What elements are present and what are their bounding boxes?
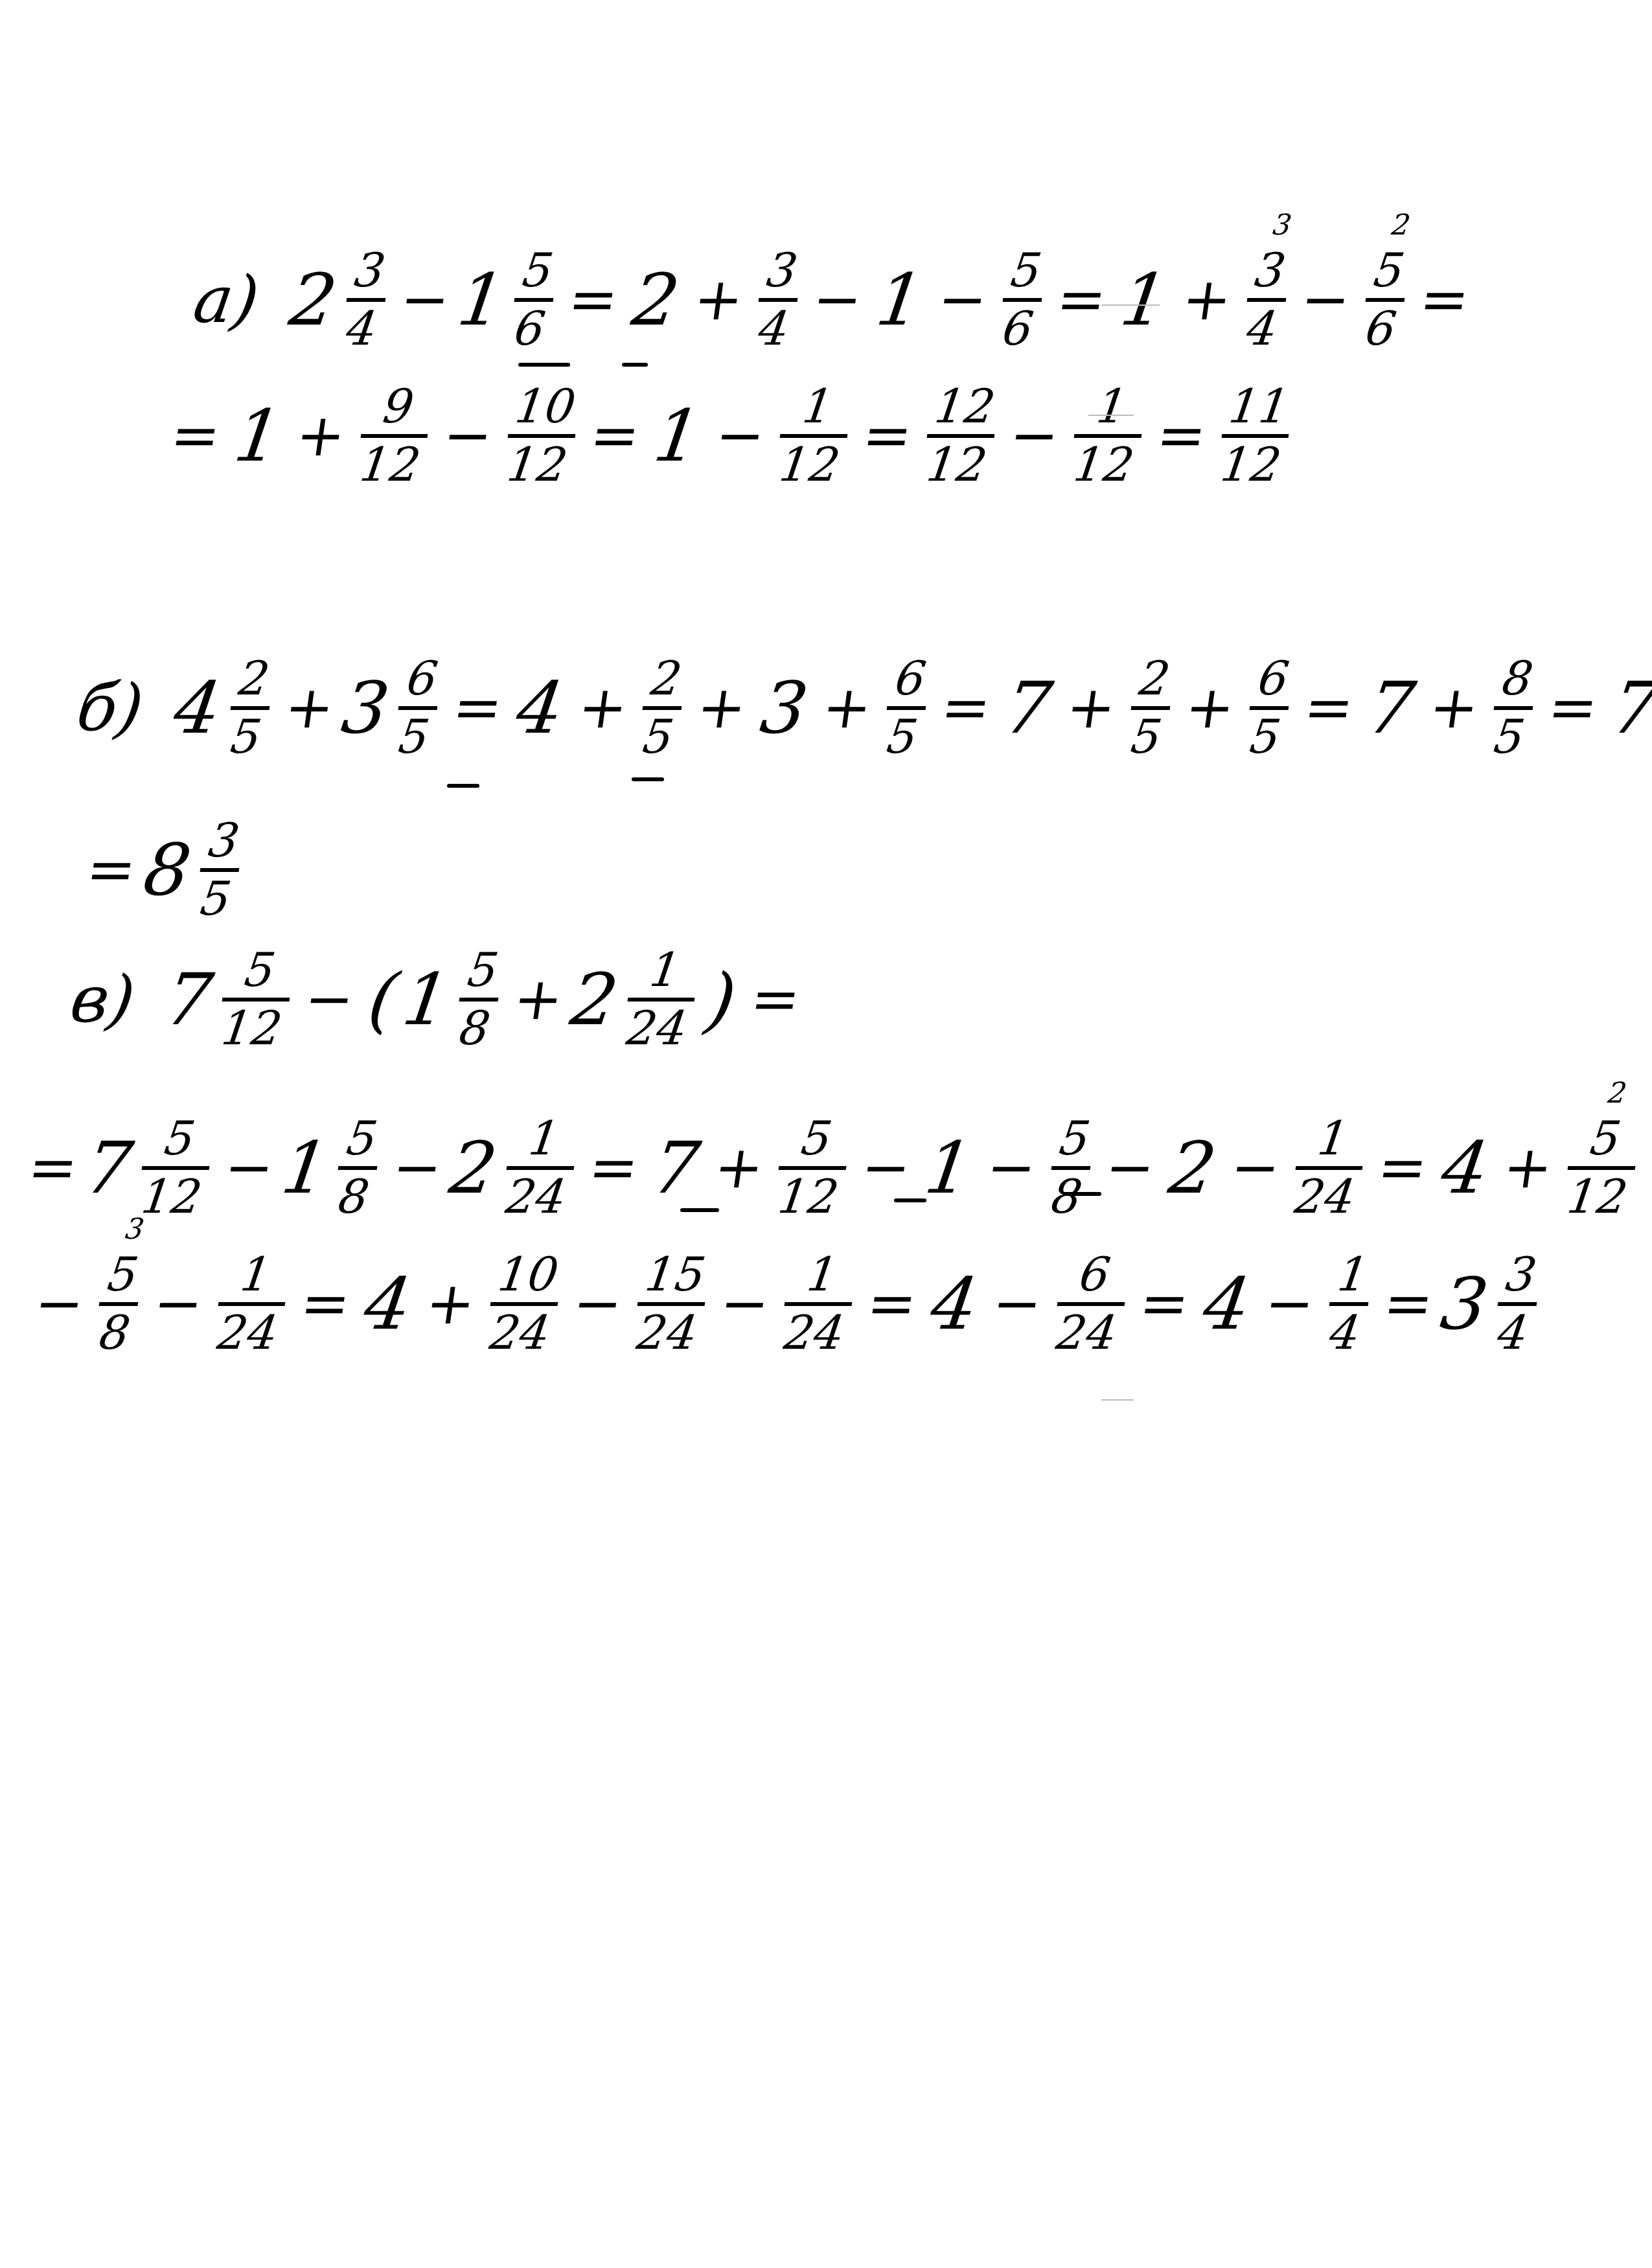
operator: − <box>712 407 769 465</box>
denominator: 12 <box>1214 441 1288 490</box>
numerator: 8 <box>1495 654 1539 704</box>
operator: = <box>1544 679 1601 737</box>
operator: + <box>575 679 632 737</box>
numerator: 6 <box>400 654 444 704</box>
operator: = <box>1380 1275 1437 1333</box>
fraction: 58 <box>1044 1114 1097 1221</box>
denominator: 6 <box>508 304 552 354</box>
denominator: 5 <box>1243 713 1287 762</box>
fraction: 112 <box>773 382 855 489</box>
fraction: 512 <box>135 1114 217 1221</box>
fraction: 1112 <box>1214 382 1296 489</box>
whole-part: 3 <box>337 667 394 750</box>
operator: = <box>565 271 622 329</box>
denominator: 12 <box>773 441 847 490</box>
number: 1 <box>873 264 928 336</box>
operator: + <box>693 679 750 737</box>
numerator: 5 <box>794 1114 838 1163</box>
operator: = <box>167 407 224 465</box>
whole-part: 4 <box>169 667 226 750</box>
fraction: 56 <box>507 246 560 353</box>
number: 2 <box>628 264 683 336</box>
fraction: 1524 <box>630 1250 713 1357</box>
numerator: 3 <box>1248 246 1292 295</box>
operator: = <box>1416 271 1473 329</box>
scan-speck <box>1088 415 1134 416</box>
numerator: 2 <box>232 654 276 704</box>
fraction: 56 <box>995 246 1049 353</box>
operator: − <box>717 1275 774 1333</box>
problem-b-label: б) <box>73 670 148 746</box>
numerator: 2 <box>1132 654 1176 704</box>
operator: = <box>1136 1275 1193 1333</box>
fraction: 2512 <box>1561 1114 1643 1221</box>
numerator: 5 <box>340 1114 384 1163</box>
mixed-number: 425 <box>167 654 283 761</box>
denominator: 12 <box>500 441 574 490</box>
operator: + <box>818 679 875 737</box>
operator: = <box>585 1139 642 1197</box>
denominator: 24 <box>1288 1173 1362 1222</box>
number: 3 <box>757 672 812 744</box>
fraction: 34 <box>751 246 805 353</box>
denominator: 24 <box>211 1309 284 1358</box>
numerator: 3 <box>760 246 804 295</box>
denominator: 5 <box>636 713 680 762</box>
operator: + <box>422 1275 479 1333</box>
denominator: 4 <box>751 304 796 354</box>
denominator: 12 <box>772 1173 845 1222</box>
operator: − <box>858 1139 915 1197</box>
parenthesis: ) <box>703 964 740 1035</box>
operator: + <box>281 679 338 737</box>
denominator: 4 <box>1491 1309 1535 1358</box>
denominator: 24 <box>777 1309 851 1358</box>
number: 4 <box>927 1268 982 1340</box>
denominator: 24 <box>499 1173 573 1222</box>
mixed-number: 7512 <box>79 1114 224 1221</box>
whole-part: 3 <box>1436 1263 1493 1346</box>
numerator: 1 <box>643 946 687 995</box>
underline-mark <box>447 784 479 788</box>
fraction: 14 <box>1322 1250 1376 1357</box>
denominator: 4 <box>339 304 384 354</box>
operator: + <box>1426 679 1483 737</box>
operator: = <box>1053 271 1110 329</box>
operator: = <box>83 841 140 899</box>
numerator: 11 <box>1222 382 1296 431</box>
numerator: 1 <box>1311 1114 1355 1163</box>
operator: − <box>809 271 866 329</box>
problem-b-line-1: б) 425+365=4+25+3+65=7+25+65=7+85=7+1+35… <box>70 654 1652 761</box>
fraction: 112 <box>1067 382 1149 489</box>
numerator: 1 <box>1331 1250 1375 1300</box>
whole-part: 2 <box>285 258 342 341</box>
mixed-number: 365 <box>336 654 452 761</box>
fraction: 34 <box>339 246 393 353</box>
denominator: 8 <box>332 1173 376 1222</box>
fraction: 124 <box>1288 1114 1370 1221</box>
problem-c-line-2: =7512−158−2124=7+512−1−58−2−124=4+2512− <box>12 1114 1652 1221</box>
whole-part: 2 <box>445 1127 502 1209</box>
denominator: 6 <box>1359 304 1403 354</box>
operator: − <box>396 271 453 329</box>
number: 2 <box>1165 1132 1221 1204</box>
fraction: 256 <box>1358 246 1412 353</box>
denominator: 8 <box>1044 1173 1088 1222</box>
scan-speck <box>1101 1399 1134 1401</box>
operator: = <box>937 679 994 737</box>
operator: + <box>510 970 567 1029</box>
denominator: 12 <box>920 441 994 490</box>
mixed-number: 2124 <box>564 946 709 1053</box>
denominator: 5 <box>194 875 238 924</box>
operator: + <box>1182 679 1239 737</box>
whole-part: 2 <box>566 958 623 1041</box>
numerator: 10 <box>491 1250 565 1300</box>
fraction: 1012 <box>500 382 582 489</box>
whole-part: 1 <box>453 258 510 341</box>
mixed-number: 156 <box>451 246 567 353</box>
fraction: 124 <box>499 1114 581 1221</box>
fraction: 58 <box>331 1114 385 1221</box>
numerator: 5 <box>157 1114 201 1163</box>
operator: − <box>1102 1139 1159 1197</box>
underline-mark <box>1062 1192 1101 1196</box>
operator: − <box>569 1275 626 1333</box>
mixed-number: 158 <box>396 946 512 1053</box>
fraction: 124 <box>777 1250 860 1357</box>
underline-mark <box>680 1208 719 1212</box>
operator: = <box>1374 1139 1431 1197</box>
operator: = <box>449 679 506 737</box>
operator: = <box>297 1275 354 1333</box>
numerator: 5 <box>1583 1114 1627 1163</box>
number: 7 <box>648 1132 704 1204</box>
operator: − <box>389 1139 446 1197</box>
fraction: 512 <box>772 1114 854 1221</box>
numerator: 5 <box>238 946 282 995</box>
number: 7 <box>1001 672 1056 744</box>
fraction: 58 <box>452 946 506 1053</box>
fraction: 25 <box>1123 654 1177 761</box>
operator: = <box>864 1275 921 1333</box>
operator: − <box>150 1275 207 1333</box>
numerator: 6 <box>888 654 932 704</box>
numerator: 1 <box>522 1114 566 1163</box>
denominator: 4 <box>1240 304 1284 354</box>
mixed-number: 334 <box>1434 1250 1550 1357</box>
whole-part: 1 <box>277 1127 334 1209</box>
fraction: 912 <box>353 382 435 489</box>
number: 1 <box>1116 264 1171 336</box>
problem-c-label: в) <box>66 961 140 1037</box>
operator: − <box>439 407 496 465</box>
problem-a-line-1: а) 234−156=2+34−1−56=1+334−256= <box>187 246 1486 353</box>
number: 1 <box>231 400 286 472</box>
numerator: 5 <box>516 246 560 295</box>
numerator: 5 <box>1053 1114 1097 1163</box>
denominator: 8 <box>453 1004 497 1053</box>
numerator: 1 <box>800 1250 844 1300</box>
numerator: 1 <box>1090 382 1134 431</box>
denominator: 12 <box>353 441 427 490</box>
fraction: 25 <box>223 654 277 761</box>
operator: − <box>301 970 358 1029</box>
operator: = <box>1153 407 1210 465</box>
numerator: 15 <box>638 1250 712 1300</box>
operator: + <box>711 1139 768 1197</box>
denominator: 5 <box>1487 713 1532 762</box>
fraction: 34 <box>1490 1250 1544 1357</box>
numerator: 5 <box>100 1250 144 1300</box>
mixed-number: 2124 <box>443 1114 588 1221</box>
operator: + <box>1062 679 1119 737</box>
whole-part: 1 <box>398 958 455 1041</box>
operator: + <box>690 271 747 329</box>
number: 4 <box>1438 1132 1493 1204</box>
fraction: 512 <box>215 946 297 1053</box>
numerator: 3 <box>348 246 392 295</box>
number: 4 <box>1199 1268 1254 1340</box>
problem-a-label: а) <box>189 262 264 338</box>
operator: − <box>934 271 991 329</box>
problem-a-line-2: =1+912−1012=1−112=1212−112=1112 <box>154 382 1302 489</box>
denominator: 8 <box>93 1309 137 1358</box>
reduction-factor: 3 <box>1271 209 1294 242</box>
numerator: 3 <box>201 816 246 865</box>
operator: = <box>586 407 643 465</box>
operator: = <box>25 1139 82 1197</box>
operator: + <box>1499 1139 1556 1197</box>
numerator: 10 <box>509 382 582 431</box>
problem-b-line-2: =835 <box>70 816 253 923</box>
operator: − <box>1297 271 1354 329</box>
underline-mark <box>632 777 664 781</box>
number: 1 <box>650 400 705 472</box>
denominator: 6 <box>996 304 1040 354</box>
number: 7 <box>1608 672 1652 744</box>
numerator: 5 <box>1367 246 1411 295</box>
fraction: 35 <box>193 816 247 923</box>
parenthesis: ( <box>365 964 402 1035</box>
denominator: 5 <box>392 713 436 762</box>
mixed-number: 234 <box>283 246 399 353</box>
denominator: 24 <box>483 1309 557 1358</box>
operator: − <box>221 1139 278 1197</box>
mixed-number: 835 <box>137 816 253 923</box>
number: 4 <box>512 672 568 744</box>
denominator: 24 <box>630 1309 704 1358</box>
operator: − <box>989 1275 1046 1333</box>
fraction: 1212 <box>920 382 1002 489</box>
denominator: 5 <box>1125 713 1169 762</box>
numerator: 6 <box>1252 654 1296 704</box>
fraction: 334 <box>1239 246 1293 353</box>
denominator: 24 <box>620 1004 694 1053</box>
fraction: 65 <box>880 654 934 761</box>
fraction: 624 <box>1050 1250 1132 1357</box>
numerator: 1 <box>234 1250 278 1300</box>
whole-part: 8 <box>139 829 196 911</box>
underline-mark <box>894 1198 926 1202</box>
denominator: 12 <box>1067 441 1141 490</box>
denominator: 12 <box>1561 1173 1635 1222</box>
mixed-number: 158 <box>275 1114 391 1221</box>
problem-c-line-3: −358−124=4+1024−1524−124=4−624=4−14=334 <box>18 1250 1550 1357</box>
fraction: 358 <box>92 1250 146 1357</box>
fraction: 124 <box>620 946 702 1053</box>
operator: − <box>31 1275 88 1333</box>
fraction: 124 <box>211 1250 293 1357</box>
operator: + <box>1178 271 1235 329</box>
operator: = <box>859 407 916 465</box>
numerator: 6 <box>1073 1250 1117 1300</box>
problem-c-line-1: в) 7512−(158+2124)= <box>63 946 816 1053</box>
operator: − <box>1646 1139 1652 1197</box>
fraction: 65 <box>1243 654 1296 761</box>
whole-part: 7 <box>80 1127 137 1209</box>
fraction: 85 <box>1487 654 1541 761</box>
denominator: 4 <box>1323 1309 1367 1358</box>
operator: − <box>1261 1275 1318 1333</box>
operator: = <box>747 970 804 1029</box>
scan-speck <box>1101 304 1160 306</box>
whole-part: 7 <box>161 958 218 1041</box>
denominator: 5 <box>224 713 268 762</box>
fraction: 1024 <box>483 1250 566 1357</box>
number: 7 <box>1364 672 1419 744</box>
reduction-factor: 2 <box>1390 209 1412 242</box>
numerator: 3 <box>1499 1250 1543 1300</box>
numerator: 5 <box>461 946 505 995</box>
reduction-factor: 3 <box>123 1213 146 1246</box>
fraction: 65 <box>391 654 445 761</box>
numerator: 9 <box>376 382 420 431</box>
number: 1 <box>921 1132 976 1204</box>
denominator: 12 <box>215 1004 289 1053</box>
numerator: 12 <box>928 382 1002 431</box>
operator: + <box>292 407 349 465</box>
underline-mark <box>518 363 570 367</box>
operator: = <box>1300 679 1357 737</box>
denominator: 24 <box>1050 1309 1123 1358</box>
numerator: 5 <box>1004 246 1048 295</box>
reduction-factor: 2 <box>1606 1077 1629 1110</box>
operator: − <box>1227 1139 1284 1197</box>
number: 4 <box>360 1268 415 1340</box>
operator: − <box>983 1139 1040 1197</box>
denominator: 5 <box>880 713 924 762</box>
fraction: 25 <box>636 654 689 761</box>
underline-mark <box>622 363 648 367</box>
numerator: 2 <box>644 654 688 704</box>
mixed-number: 7512 <box>159 946 304 1053</box>
numerator: 1 <box>796 382 840 431</box>
operator: − <box>1006 407 1063 465</box>
